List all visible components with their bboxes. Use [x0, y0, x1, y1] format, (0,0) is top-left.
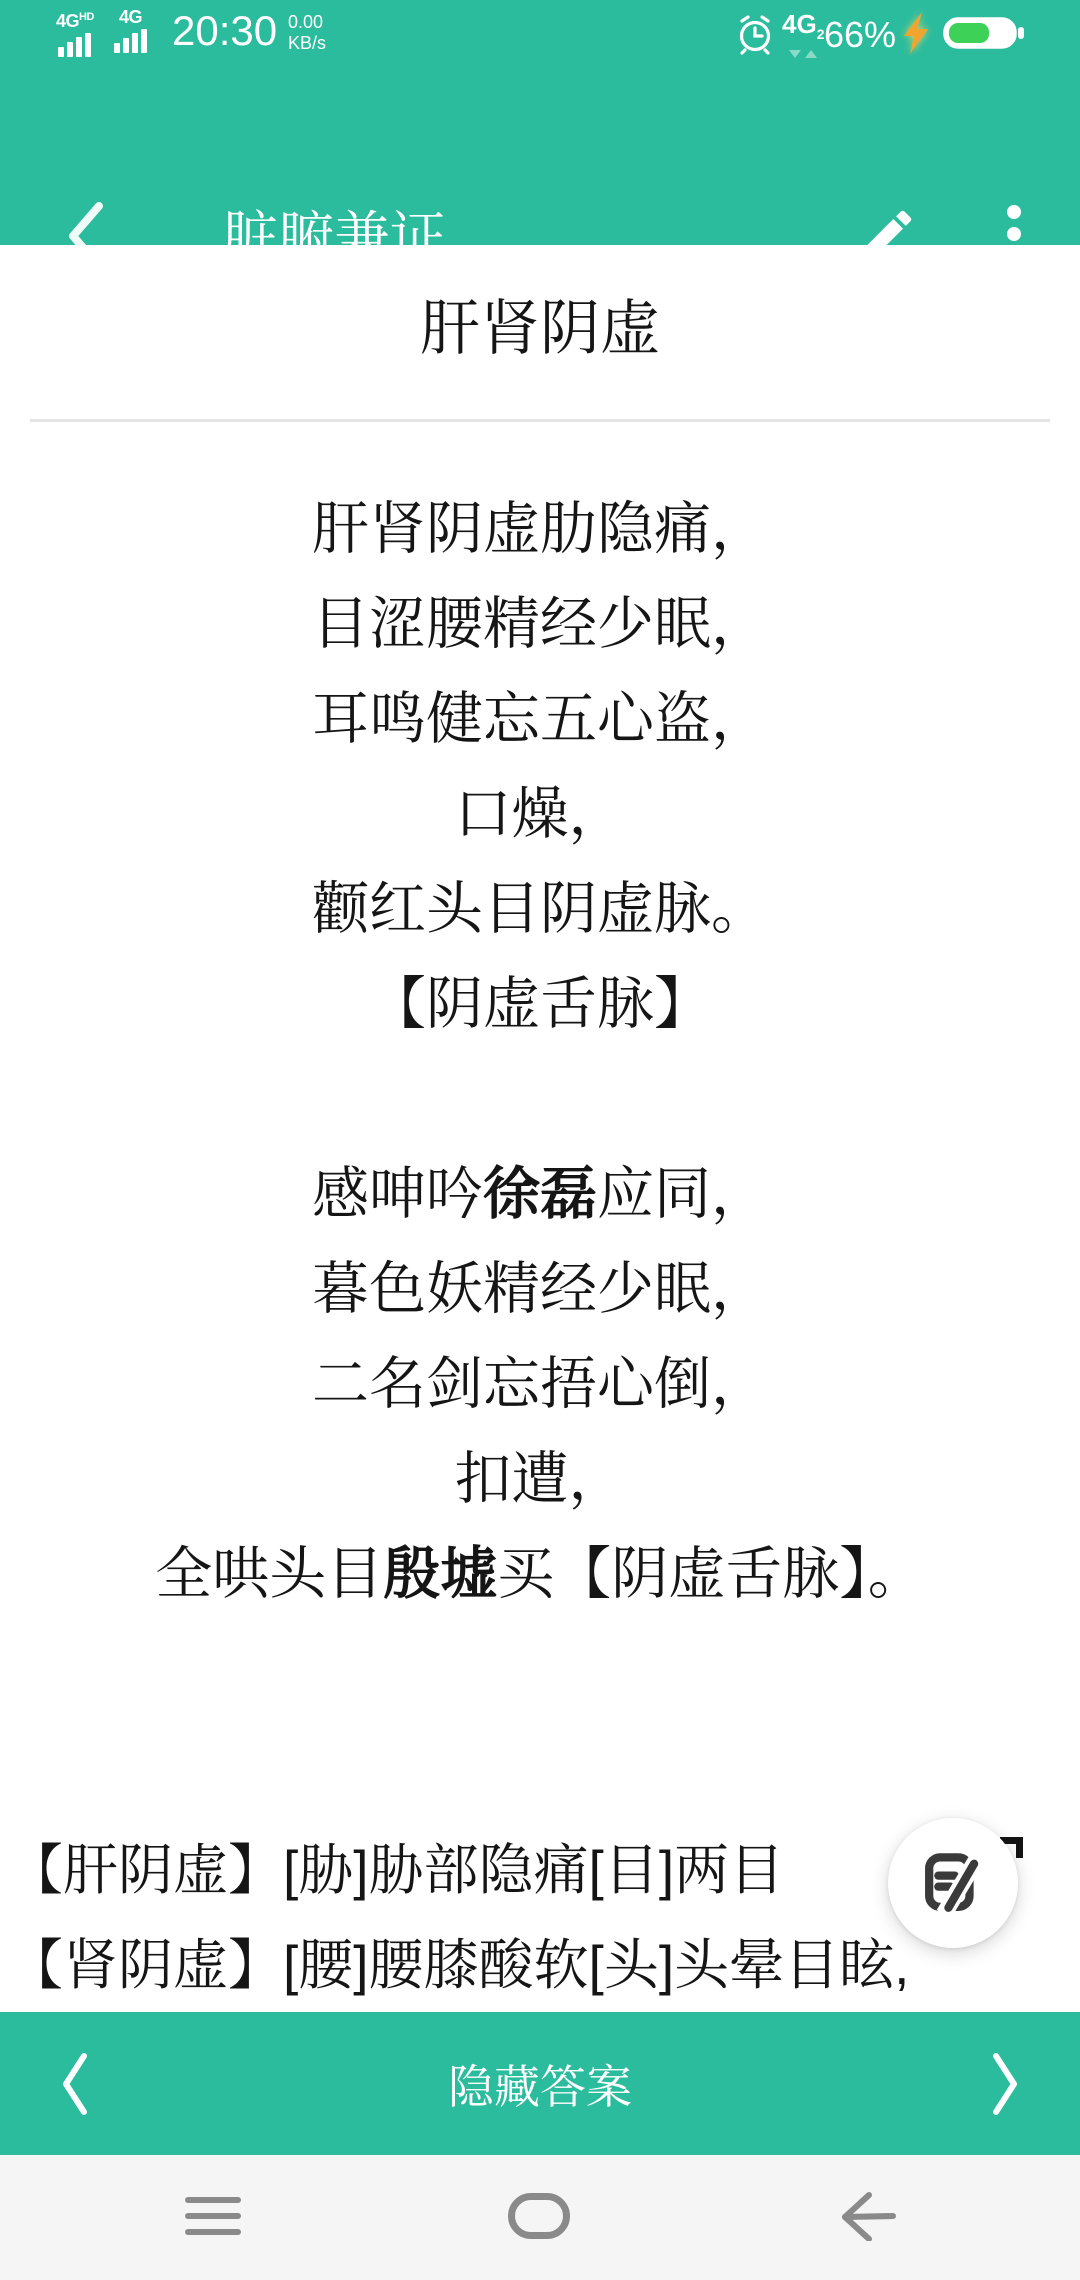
- poem-line: 【阴虚舌脉】: [0, 957, 1080, 1052]
- poem-line: 暮色妖精经少眠，: [0, 1242, 1080, 1337]
- updown-arrows-icon: [789, 50, 817, 58]
- answer-bar: 隐藏答案: [0, 2012, 1080, 2155]
- clock-time: 20:30: [172, 8, 277, 54]
- kebab-menu-icon: [1007, 205, 1021, 219]
- poem-line: 肝肾阴虚肋隐痛，: [0, 482, 1080, 577]
- poem-line: [0, 1052, 1080, 1147]
- toggle-answer-button[interactable]: 隐藏答案: [0, 2012, 1080, 2155]
- entry-title: 肝肾阴虚: [0, 293, 1080, 365]
- signal-bars-icon: [58, 33, 91, 57]
- signal-bars-icon: [114, 29, 147, 53]
- app-bar: 脏腑兼证: [0, 66, 1080, 245]
- note-edit-fab[interactable]: [888, 1818, 1018, 1948]
- poem: 肝肾阴虚肋隐痛，目涩腰精经少眠，耳鸣健忘五心盗，口燥，颧红头目阴虚脉。【阴虚舌脉…: [0, 482, 1080, 1622]
- status-bar: 4GHD 4G 20:30 0.00 KB/s 4G2: [0, 0, 1080, 66]
- nav-menu-button[interactable]: [185, 2197, 241, 2235]
- nav-back-button[interactable]: [838, 2191, 898, 2241]
- poem-line: 颧红头目阴虚脉。: [0, 862, 1080, 957]
- network-4ghd-label: 4GHD: [56, 8, 94, 30]
- poem-line: 全哄头目殷墟买【阴虚舌脉】。: [0, 1527, 1080, 1622]
- network-4g: 4G: [114, 8, 147, 53]
- system-nav-bar: [0, 2155, 1080, 2280]
- next-button[interactable]: [970, 2036, 1040, 2131]
- battery-percent: 66%: [824, 14, 896, 56]
- network-4ghd: 4GHD: [56, 8, 94, 57]
- nav-home-button[interactable]: [508, 2193, 570, 2239]
- network-4g2-label: 4G2: [782, 10, 824, 48]
- divider: [30, 419, 1050, 422]
- network-4g-label: 4G: [119, 8, 142, 26]
- network-speed-value: 0.00: [288, 12, 326, 33]
- charging-bolt-icon: [898, 10, 934, 61]
- poem-line: 口燥，: [0, 767, 1080, 862]
- network-speed: 0.00 KB/s: [288, 12, 326, 54]
- poem-line: 感呻吟徐磊应同，: [0, 1147, 1080, 1242]
- network-4g2: 4G2: [782, 10, 824, 58]
- poem-line: 目涩腰精经少眠，: [0, 577, 1080, 672]
- network-speed-unit: KB/s: [288, 33, 326, 54]
- content-area: 肝肾阴虚 肝肾阴虚肋隐痛，目涩腰精经少眠，耳鸣健忘五心盗，口燥，颧红头目阴虚脉。…: [0, 245, 1080, 2012]
- poem-line: 耳鸣健忘五心盗，: [0, 672, 1080, 767]
- chevron-right-icon: [991, 2051, 1019, 2117]
- arrow-left-icon: [839, 2191, 897, 2241]
- note-edit-icon: [920, 1846, 986, 1920]
- poem-line: 扣遭，: [0, 1432, 1080, 1527]
- alarm-clock-icon: [734, 12, 776, 61]
- battery-icon: [942, 15, 1026, 56]
- poem-line: 二名剑忘捂心倒，: [0, 1337, 1080, 1432]
- hamburger-menu-icon: [185, 2197, 241, 2203]
